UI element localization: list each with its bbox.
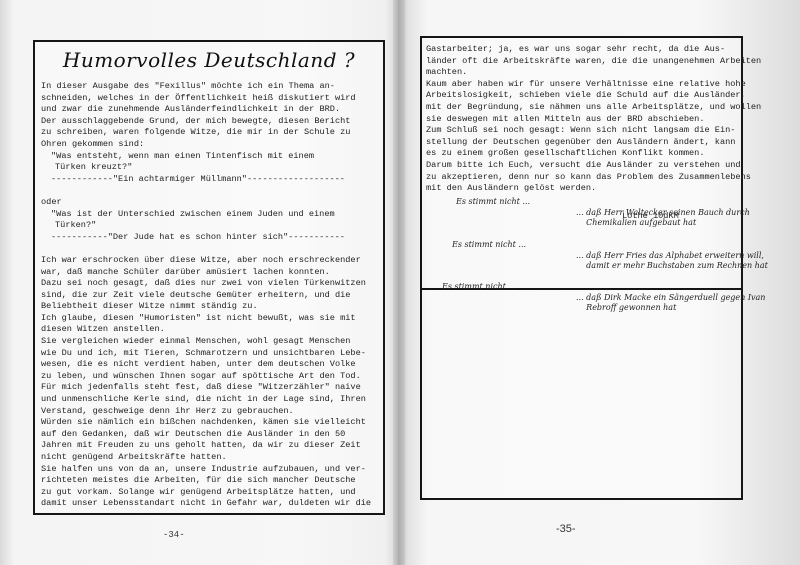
text-line: Kaum aber haben wir für unsere Verhältni… [426,79,737,91]
joke-punchline: ... daß Dirk Macke ein Sängerduell gegen… [442,293,765,304]
text-line: mit den Ausländern gelöst werden. [426,183,737,195]
text-line: zu akzeptieren, denn nur so kann das Pro… [426,172,737,184]
joke-punchline: ... daß Herr Fries das Alphabet erweiter… [452,251,768,262]
right-page: Gastarbeiter; ja, es war uns sogar sehr … [398,0,800,565]
text-line: Würden sie nämlich ein bißchen nachdenke… [41,417,379,429]
text-line: war, daß manche Schüler darüber amüsiert… [41,267,379,279]
joke-item: Es stimmt nicht ...... daß Herr Waltecke… [456,197,750,229]
text-line: machten. [426,67,737,79]
text-line: nicht genügend Arbeitskräfte hatten. [41,452,379,464]
text-line: zu leben, und wünschen Ihnen sogar auf s… [41,371,379,383]
text-line: oder [41,197,379,209]
page-number-right: -35- [556,523,576,535]
joke-punchline: Rebroff gewonnen hat [442,303,765,314]
text-line: Für mich jedenfalls steht fest, daß dies… [41,382,379,394]
text-line: In dieser Ausgabe des "Fexillus" möchte … [41,81,379,93]
text-line: Türken?" [41,220,379,232]
joke-item: Es stimmt nicht ...... daß Herr Fries da… [452,240,768,272]
text-line: Ich war erschrocken über diese Witze, ab… [41,255,379,267]
text-line: wesen, die es nicht verdient haben, unte… [41,359,379,371]
text-line: länder oft die Arbeitskräfte waren, die … [426,56,737,68]
text-line: Arbeitslosigkeit, schieben viele die Sch… [426,90,737,102]
joke-prefix: Es stimmt nicht ... [442,282,765,293]
book-gutter [393,0,405,565]
text-line: zu gut vorkam. Solange wir genügend Arbe… [41,487,379,499]
text-line: sind, die zur Zeit viele deutsche Gemüte… [41,290,379,302]
text-line: Ohren gekommen sind: [41,139,379,151]
text-line: und zwar die zunehmende Ausländerfeindli… [41,104,379,116]
text-line [41,243,379,255]
text-line: Sie vergleichen wieder einmal Menschen, … [41,336,379,348]
text-line: Verstand, geschweige denn ihr Herz zu ge… [41,406,379,418]
text-line: ------------"Ein achtarmiger Müllmann"--… [41,174,379,186]
text-line: mit der Begründung, sie nähmen uns alle … [426,102,737,114]
joke-punchline: ... daß Herr Waltecker seinen Bauch durc… [456,208,750,219]
right-article-body: Gastarbeiter; ja, es war uns sogar sehr … [426,44,737,195]
document-spread: Humorvolles Deutschland ? In dieser Ausg… [0,0,800,565]
text-line: sie deswegen mit allen Mitteln aus der B… [426,114,737,126]
left-page: Humorvolles Deutschland ? In dieser Ausg… [0,0,398,565]
joke-prefix: Es stimmt nicht ... [456,197,750,208]
text-line: diesen Witzen anstellen. [41,324,379,336]
joke-prefix: Es stimmt nicht ... [452,240,768,251]
text-line: Beliebtheit dieser Witze nimmt ständig z… [41,301,379,313]
text-line: stellung der Deutschen gegenüber den Aus… [426,137,737,149]
text-line: "Was entsteht, wenn man einen Tintenfisc… [41,151,379,163]
joke-punchline: damit er mehr Buchstaben zum Rechnen hat [452,261,768,272]
article-title: Humorvolles Deutschland ? [35,48,383,72]
page-number-left: -34- [163,530,185,540]
text-line: Dazu sei noch gesagt, daß dies nur zwei … [41,278,379,290]
joke-punchline: Chemikalien aufgebaut hat [456,218,750,229]
text-line: Türken kreuzt?" [41,162,379,174]
text-line: auf den Gedanken, daß wir Deutschen die … [41,429,379,441]
text-line: wie Du und ich, mit Tieren, Schmarotzern… [41,348,379,360]
text-line: -----------"Der Jude hat es schon hinter… [41,232,379,244]
text-line: Ich glaube, diesen "Humoristen" ist nich… [41,313,379,325]
joke-item: Es stimmt nicht ...... daß Dirk Macke ei… [442,282,765,314]
text-line: "Was ist der Unterschied zwischen einem … [41,209,379,221]
text-line: und unmenschliche Kerle sind, die nicht … [41,394,379,406]
text-line: Jahren mit Freuden zu uns geholt hatten,… [41,440,379,452]
right-page-frame: Gastarbeiter; ja, es war uns sogar sehr … [420,36,743,500]
text-line: Sie halfen uns von da an, unsere Industr… [41,464,379,476]
text-line: Der ausschlaggebende Grund, der mich bew… [41,116,379,128]
text-line: Gastarbeiter; ja, es war uns sogar sehr … [426,44,737,56]
text-line [41,185,379,197]
text-line: schneiden, welches in der Öffentlichkeit… [41,93,379,105]
text-line: damit unser Lebensstandart nicht in Gefa… [41,498,379,510]
text-line: es zu einem großen gesellschaftlichen Ko… [426,148,737,160]
left-article-body: In dieser Ausgabe des "Fexillus" möchte … [41,81,379,510]
text-line: Darum bitte ich Euch, versucht die Auslä… [426,160,737,172]
text-line: richteten meistes die Arbeiten, für die … [41,475,379,487]
left-page-frame: Humorvolles Deutschland ? In dieser Ausg… [33,40,385,515]
text-line: zu schreiben, waren folgende Witze, die … [41,127,379,139]
text-line: Zum Schluß sei noch gesagt: Wenn sich ni… [426,125,737,137]
